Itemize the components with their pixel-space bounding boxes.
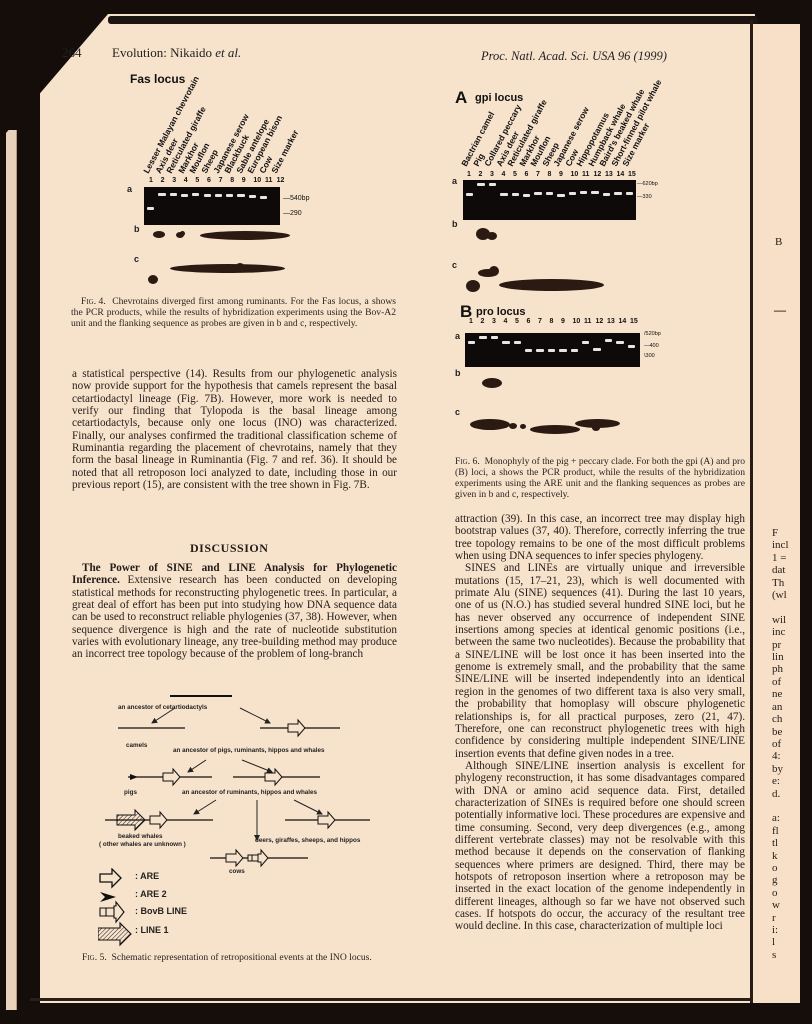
fragment-line: 1 = xyxy=(772,552,802,564)
lane-number: 12 xyxy=(596,318,604,325)
gel-band xyxy=(479,336,486,339)
fig6b-marker-300: \300 xyxy=(644,353,655,359)
gel-band xyxy=(536,349,543,352)
gel-band xyxy=(548,349,555,352)
fig6a-marker-620: —620bp xyxy=(637,181,658,187)
gel-band xyxy=(500,193,507,196)
hatched-arrow-icon xyxy=(98,923,131,945)
lane-number: 2 xyxy=(479,171,483,178)
page-number: 264 xyxy=(62,45,82,61)
fig6a-panel-c: c xyxy=(452,260,457,270)
lane-number: 3 xyxy=(492,318,496,325)
lane-number: 6 xyxy=(525,171,529,178)
fragment-line: wil xyxy=(772,614,802,626)
lane-number: 9 xyxy=(561,318,565,325)
fragment-line: e: xyxy=(772,775,802,787)
gel-band xyxy=(523,194,530,197)
gel-band xyxy=(158,193,165,196)
fig6a-panel-a: a xyxy=(452,176,457,186)
blot-spot xyxy=(520,424,526,429)
gel-band xyxy=(557,194,564,197)
blot-spot xyxy=(592,425,600,431)
fig6-caption: Fig. 6. Monophyly of the pig + peccary c… xyxy=(455,456,745,500)
lane-number: 13 xyxy=(605,171,613,178)
blot-spot xyxy=(153,231,165,238)
gel-band xyxy=(466,193,473,196)
lane-number: 4 xyxy=(502,171,506,178)
legend-bovb: : BovB LINE xyxy=(135,906,187,916)
lane-number: 1 xyxy=(469,318,473,325)
fragment-line: of xyxy=(772,738,802,750)
lane-number: 2 xyxy=(481,318,485,325)
fragment-line: 4: xyxy=(772,750,802,762)
fig6b-panel-c: c xyxy=(455,407,460,417)
gel-band xyxy=(204,194,211,197)
fig5-root-label: an ancestor of cetartiodactyls xyxy=(118,704,207,711)
bottom-dark-edge xyxy=(20,1003,810,1024)
fragment-line xyxy=(772,800,802,812)
fragment-line: r xyxy=(772,912,802,924)
gel-band xyxy=(514,341,521,344)
lane-number: 1 xyxy=(149,177,153,184)
fragment-line: Th xyxy=(772,577,802,589)
blot-spot xyxy=(180,231,185,236)
lane-number: 3 xyxy=(172,177,176,184)
fig5-caption: Fig. 5. Schematic representation of retr… xyxy=(72,952,397,963)
gel-band xyxy=(512,193,519,196)
blot-spot xyxy=(236,263,244,269)
fig4-panel-c: c xyxy=(134,254,139,264)
lane-number: 14 xyxy=(617,171,625,178)
facing-page-fragment-lines: Fincl1 =datTh(wl wilincprlinphofneanchbe… xyxy=(772,527,802,961)
fragment-line: o xyxy=(772,887,802,899)
facing-page-dash: — xyxy=(774,303,786,318)
lane-number: 5 xyxy=(513,171,517,178)
legend-are: : ARE xyxy=(135,871,159,881)
gel-band xyxy=(626,192,633,195)
gel-band xyxy=(593,348,600,351)
fragment-line: ph xyxy=(772,663,802,675)
lane-number: 5 xyxy=(195,177,199,184)
fragment-line: ch xyxy=(772,713,802,725)
fig4-marker-540: —540bp xyxy=(283,195,309,202)
open-arrow-icon xyxy=(100,869,121,887)
blot-spot xyxy=(200,231,290,240)
fragment-line: tl xyxy=(772,837,802,849)
lane-number: 11 xyxy=(582,171,589,178)
lane-number: 7 xyxy=(538,318,542,325)
fragment-line: be xyxy=(772,726,802,738)
gel-band xyxy=(546,192,553,195)
fig6b-marker-520: /520bp xyxy=(644,331,661,337)
fig4-title: Fas locus xyxy=(130,72,185,86)
fig6b-gel xyxy=(465,333,640,367)
fragment-line: incl xyxy=(772,539,802,551)
segmented-arrow-icon xyxy=(100,902,124,922)
fragment-line: an xyxy=(772,701,802,713)
blot-spot xyxy=(470,419,510,430)
fig5-anc3-label: an ancestor of ruminants, hippos and wha… xyxy=(182,789,317,796)
lane-number: 7 xyxy=(536,171,540,178)
lane-number: 12 xyxy=(594,171,602,178)
lane-number: 6 xyxy=(527,318,531,325)
lane-number: 9 xyxy=(559,171,563,178)
gel-band xyxy=(249,195,256,198)
gel-band xyxy=(468,341,475,344)
fragment-line xyxy=(772,601,802,613)
blot-spot xyxy=(482,378,502,388)
fragment-line: (wl xyxy=(772,589,802,601)
left-column-para2: The Power of SINE and LINE Analysis for … xyxy=(72,562,397,661)
fig6a-panel-b: b xyxy=(452,219,458,229)
blot-spot xyxy=(148,275,158,284)
fragment-line: g xyxy=(772,874,802,886)
lane-number: 6 xyxy=(207,177,211,184)
fig6b-panel-b: b xyxy=(455,368,461,378)
gel-band xyxy=(571,349,578,352)
gel-band xyxy=(477,183,484,186)
gel-band xyxy=(226,194,233,197)
fig6-panelB-title: pro locus xyxy=(476,306,526,318)
gel-band xyxy=(605,339,612,342)
lane-number: 7 xyxy=(219,177,223,184)
fig6-panelA-letter: A xyxy=(455,88,467,108)
fig5-camels-label: camels xyxy=(126,742,147,749)
blot-spot xyxy=(530,425,580,434)
gel-band xyxy=(614,192,621,195)
fragment-line: s xyxy=(772,949,802,961)
fragment-line: by xyxy=(772,763,802,775)
bottom-page-edge xyxy=(30,998,750,1001)
fig5-anc2-label: an ancestor of pigs, ruminants, hippos a… xyxy=(173,747,325,754)
lane-number: 15 xyxy=(628,171,636,178)
gel-band xyxy=(237,194,244,197)
lane-number: 8 xyxy=(230,177,234,184)
fig6a-gel xyxy=(463,180,636,220)
running-head-right: Proc. Natl. Acad. Sci. USA 96 (1999) xyxy=(481,49,667,64)
gel-band xyxy=(582,341,589,344)
gel-band xyxy=(181,194,188,197)
lane-number: 2 xyxy=(161,177,165,184)
gel-band xyxy=(534,192,541,195)
gel-band xyxy=(489,183,496,186)
blot-spot xyxy=(466,280,480,292)
left-column-para1: a statistical perspective (14). Results … xyxy=(72,368,397,491)
fig4-marker-290: —290 xyxy=(283,210,302,217)
lane-number: 10 xyxy=(573,318,581,325)
scanned-page: 264 Evolution: Nikaido et al. Proc. Natl… xyxy=(0,0,812,1024)
lane-number: 15 xyxy=(630,318,638,325)
folded-corner-shadow xyxy=(0,0,120,140)
fragment-line: d. xyxy=(772,788,802,800)
lane-number: 8 xyxy=(548,171,552,178)
gel-band xyxy=(525,349,532,352)
fig4-gel-a xyxy=(144,187,280,225)
lane-number: 14 xyxy=(619,318,627,325)
blot-spot xyxy=(170,264,285,273)
fig5-cows-label: cows xyxy=(229,868,245,875)
blot-spot xyxy=(487,232,497,240)
fig5-beaked-note: ( other whales are unknown ) xyxy=(99,841,186,848)
fig4-panel-b: b xyxy=(134,224,140,234)
blot-spot xyxy=(499,279,604,291)
fragment-line: k xyxy=(772,850,802,862)
fig5-pigs-label: pigs xyxy=(124,789,137,796)
fragment-line: ne xyxy=(772,688,802,700)
lane-number: 4 xyxy=(504,318,508,325)
fig6b-panel-a: a xyxy=(455,331,460,341)
fragment-line: lin xyxy=(772,651,802,663)
gel-band xyxy=(170,193,177,196)
fig5-beaked-label: beaked whales xyxy=(118,833,162,840)
legend-are2: : ARE 2 xyxy=(135,889,167,899)
lane-number: 11 xyxy=(584,318,591,325)
gel-band xyxy=(580,191,587,194)
arrowhead-icon xyxy=(100,892,116,902)
fragment-line: pr xyxy=(772,639,802,651)
fragment-line: dat xyxy=(772,564,802,576)
gel-band xyxy=(502,341,509,344)
facing-page-letter-b: B xyxy=(775,236,782,248)
lane-number: 11 xyxy=(265,177,272,184)
fragment-line: fl xyxy=(772,825,802,837)
fig6b-marker-400: —400 xyxy=(644,343,659,349)
blot-spot xyxy=(509,423,517,429)
gel-band xyxy=(491,336,498,339)
fragment-line: w xyxy=(772,899,802,911)
lane-number: 5 xyxy=(515,318,519,325)
gel-band xyxy=(569,192,576,195)
lane-number: 9 xyxy=(242,177,246,184)
lane-number: 12 xyxy=(277,177,285,184)
lane-number: 3 xyxy=(490,171,494,178)
fragment-line: i: xyxy=(772,924,802,936)
fragment-line: F xyxy=(772,527,802,539)
fragment-line: l xyxy=(772,936,802,948)
lane-number: 8 xyxy=(550,318,554,325)
lane-number: 4 xyxy=(184,177,188,184)
right-column-text: attraction (39). In this case, an incorr… xyxy=(455,513,745,933)
running-head-left: Evolution: Nikaido et al. xyxy=(112,45,241,61)
lane-number: 1 xyxy=(467,171,471,178)
gel-band xyxy=(628,345,635,348)
lane-number: 10 xyxy=(253,177,261,184)
fragment-line: inc xyxy=(772,626,802,638)
fig4-panel-a: a xyxy=(127,184,132,194)
lane-number: 10 xyxy=(571,171,579,178)
fig5-legend-icons xyxy=(98,868,138,948)
gel-band xyxy=(603,193,610,196)
legend-line1: : LINE 1 xyxy=(135,925,169,935)
book-spine xyxy=(750,20,753,1005)
gel-band xyxy=(192,193,199,196)
gel-band xyxy=(215,194,222,197)
gel-band xyxy=(260,196,267,199)
fragment-line: a: xyxy=(772,812,802,824)
gel-band xyxy=(559,349,566,352)
stacked-page-edges xyxy=(6,130,17,1010)
top-binding-edge xyxy=(108,16,758,24)
fragment-line: of xyxy=(772,676,802,688)
gel-band xyxy=(616,341,623,344)
fig5-deers-label: deers, giraffes, sheeps, and hippos xyxy=(255,837,360,844)
section-heading: DISCUSSION xyxy=(190,541,268,556)
lane-number: 13 xyxy=(607,318,615,325)
fig6a-marker-330: —330 xyxy=(637,194,652,200)
fragment-line: o xyxy=(772,862,802,874)
gel-band xyxy=(591,191,598,194)
fig4-caption: Fig. 4. Chevrotains diverged first among… xyxy=(71,296,396,329)
gel-band xyxy=(147,207,154,210)
blot-spot xyxy=(489,266,499,276)
